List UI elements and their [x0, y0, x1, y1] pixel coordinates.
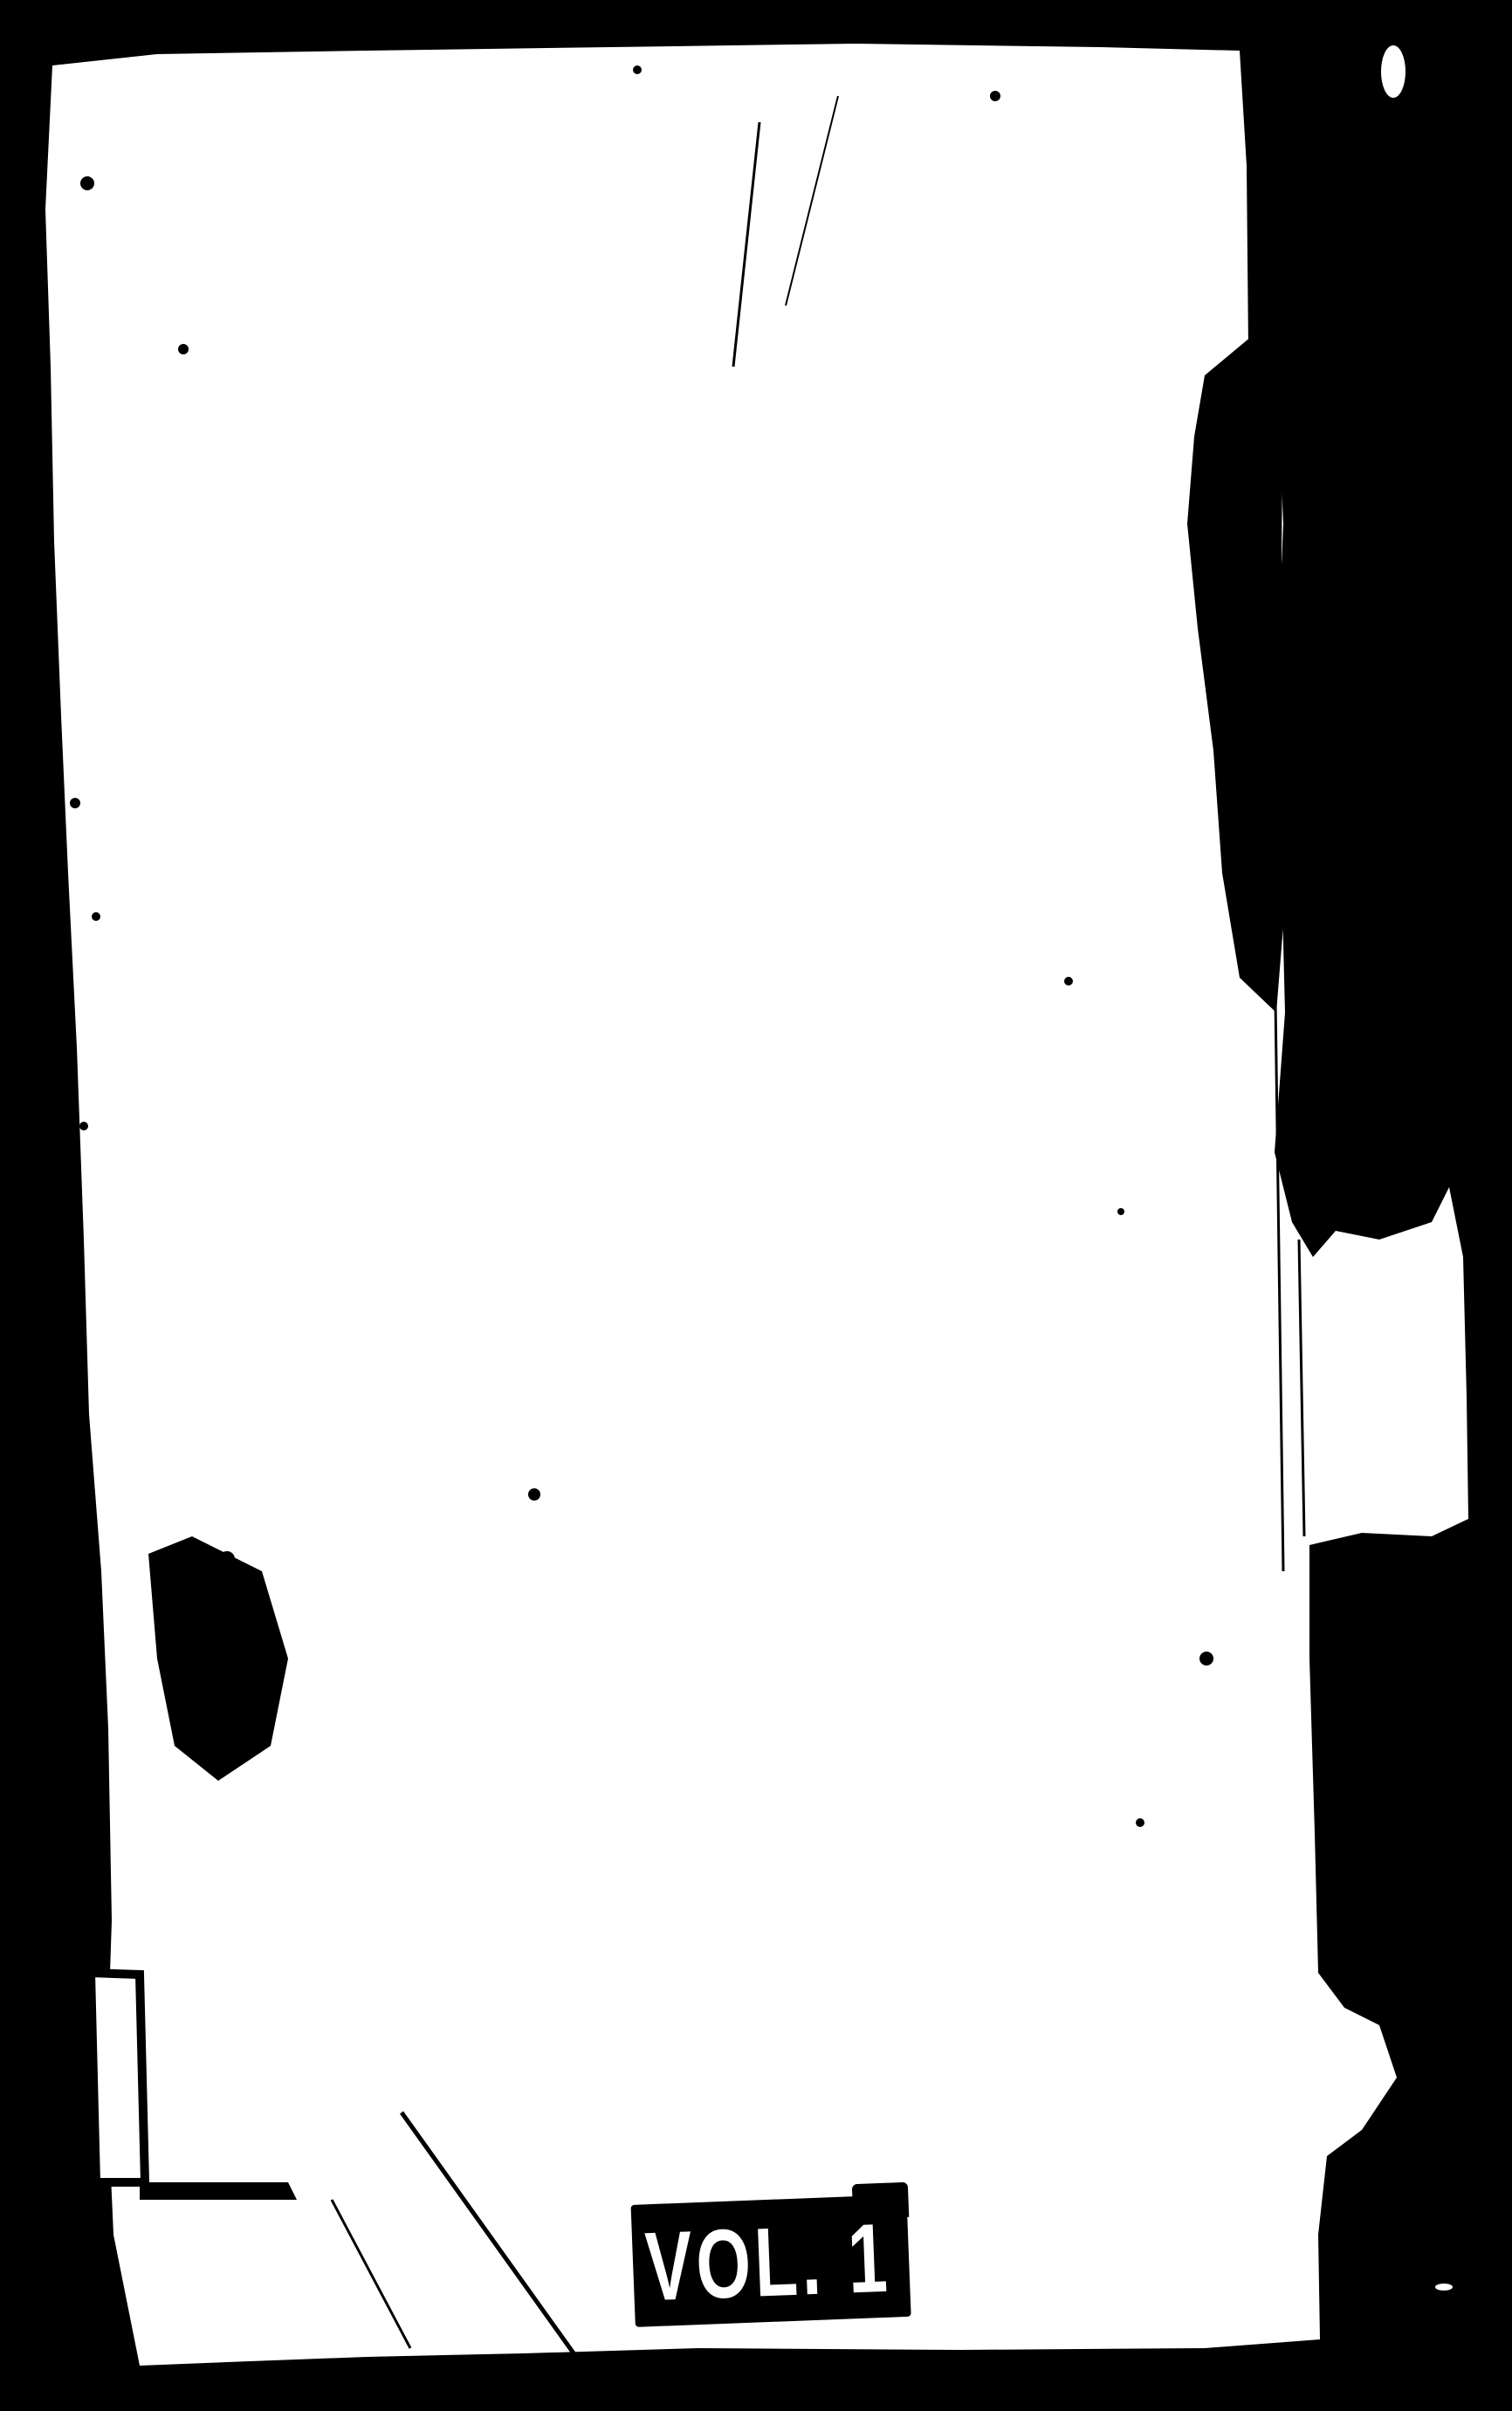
scanned-book-cover: VOL. 1: [0, 0, 1512, 2411]
volume-label-text: VOL. 1: [643, 2209, 892, 2317]
cover-paper-shape: [0, 0, 1512, 2411]
volume-label: VOL. 1: [630, 2182, 906, 2324]
